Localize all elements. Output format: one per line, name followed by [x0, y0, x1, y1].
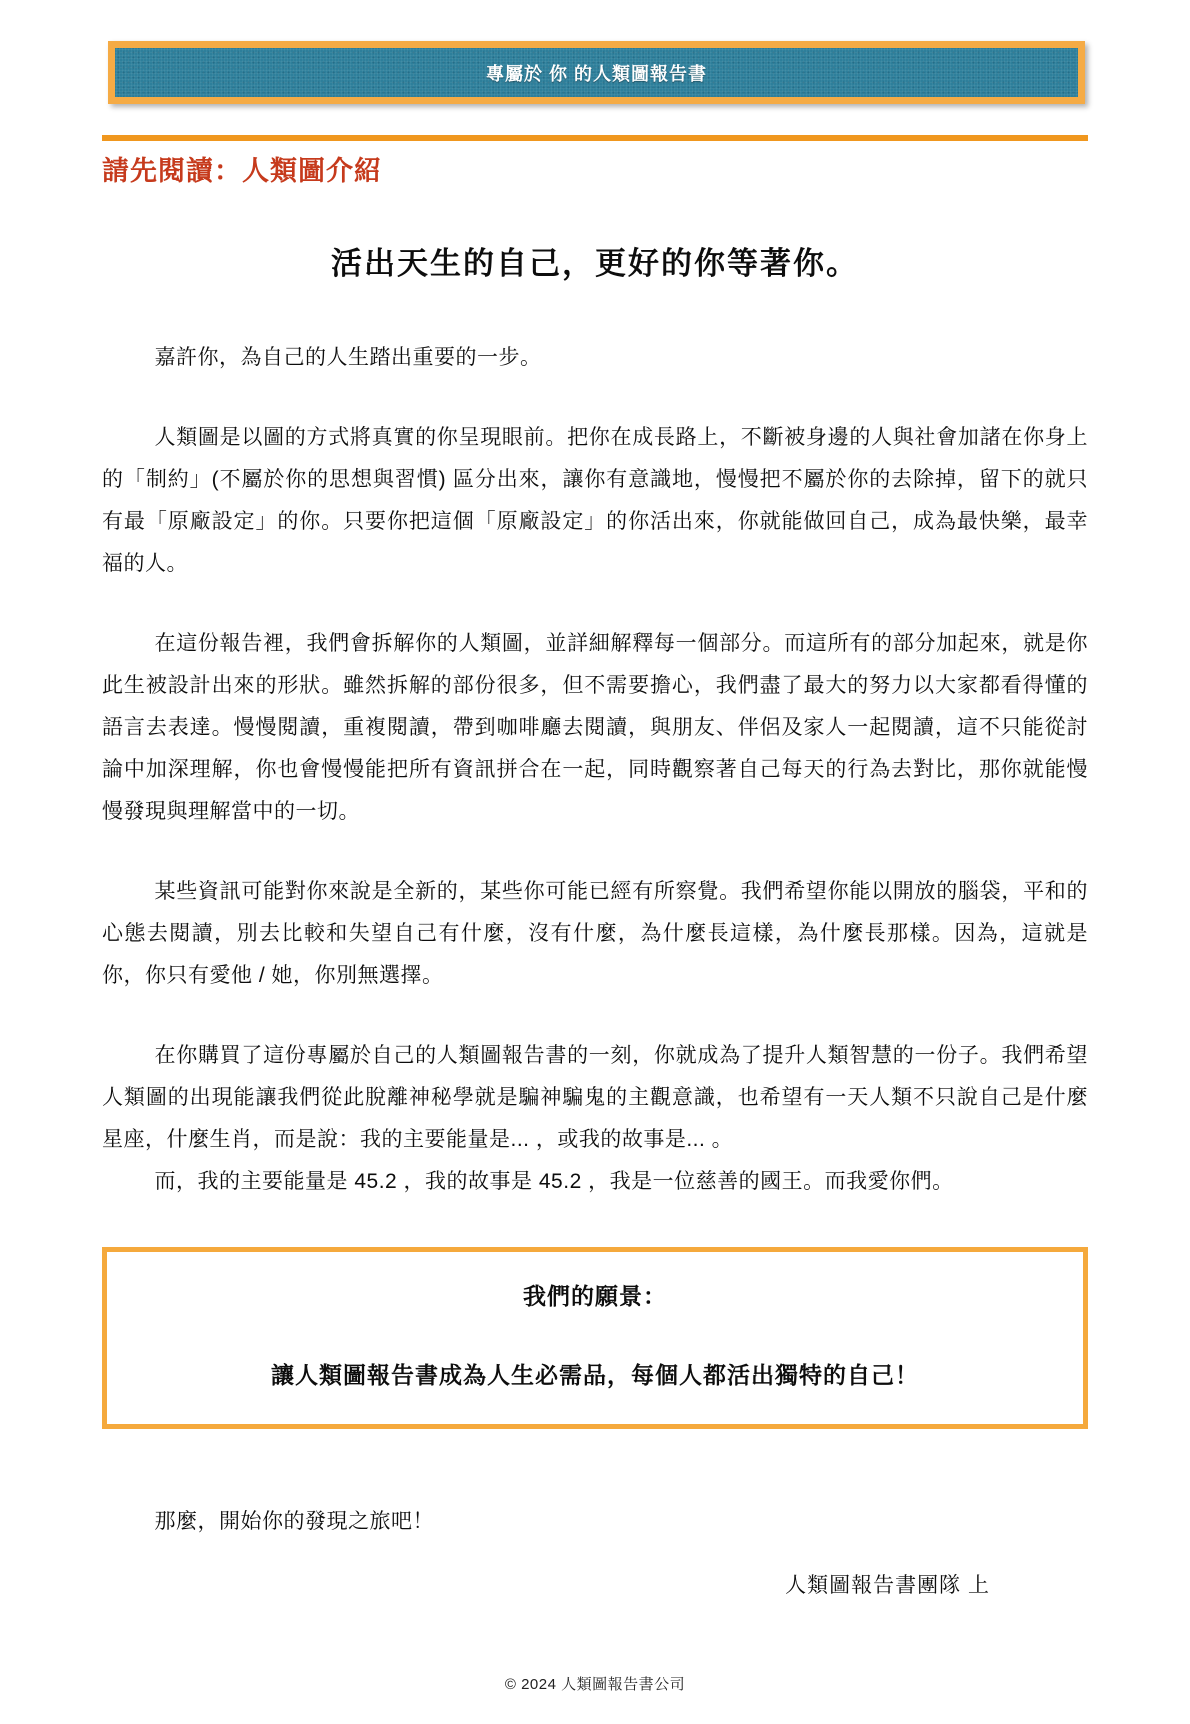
section-heading: 請先閱讀：人類圖介紹: [102, 149, 1088, 188]
vision-slogan: 讓人類圖報告書成為人生必需品，每個人都活出獨特的自己！: [127, 1357, 1063, 1390]
vision-heading: 我們的願景：: [127, 1278, 1063, 1311]
report-page: 專屬於 你 的人類圖報告書 請先閱讀：人類圖介紹 活出天生的自己，更好的你等著你…: [0, 41, 1190, 1724]
closing-line: 那麼，開始你的發現之旅吧！: [102, 1505, 1088, 1535]
orange-divider: [102, 135, 1088, 141]
signature-line: 人類圖報告書團隊 上: [102, 1569, 1088, 1599]
paragraph-what-is-humandesign: 人類圖是以圖的方式將真實的你呈現眼前。把你在成長路上，不斷被身邊的人與社會加諸在…: [102, 417, 1088, 585]
paragraph-main-energy: 而，我的主要能量是 45.2 ，我的故事是 45.2 ，我是一位慈善的國王。而我…: [102, 1161, 1088, 1203]
copyright-footer: © 2024 人類圖報告書公司: [0, 1673, 1190, 1694]
paragraph-report-explanation: 在這份報告裡，我們會拆解你的人類圖，並詳細解釋每一個部分。而這所有的部分加起來，…: [102, 623, 1088, 833]
report-banner: 專屬於 你 的人類圖報告書: [108, 41, 1085, 104]
vision-box: 我們的願景： 讓人類圖報告書成為人生必需品，每個人都活出獨特的自己！: [102, 1247, 1088, 1429]
paragraph-purchase-meaning: 在你購買了這份專屬於自己的人類圖報告書的一刻，你就成為了提升人類智慧的一份子。我…: [102, 1035, 1088, 1161]
banner-title: 專屬於 你 的人類圖報告書: [486, 60, 707, 86]
paragraph-greeting: 嘉許你，為自己的人生踏出重要的一步。: [102, 337, 1088, 379]
paragraph-open-mind: 某些資訊可能對你來說是全新的，某些你可能已經有所察覺。我們希望你能以開放的腦袋，…: [102, 871, 1088, 997]
main-title: 活出天生的自己，更好的你等著你。: [102, 238, 1088, 283]
